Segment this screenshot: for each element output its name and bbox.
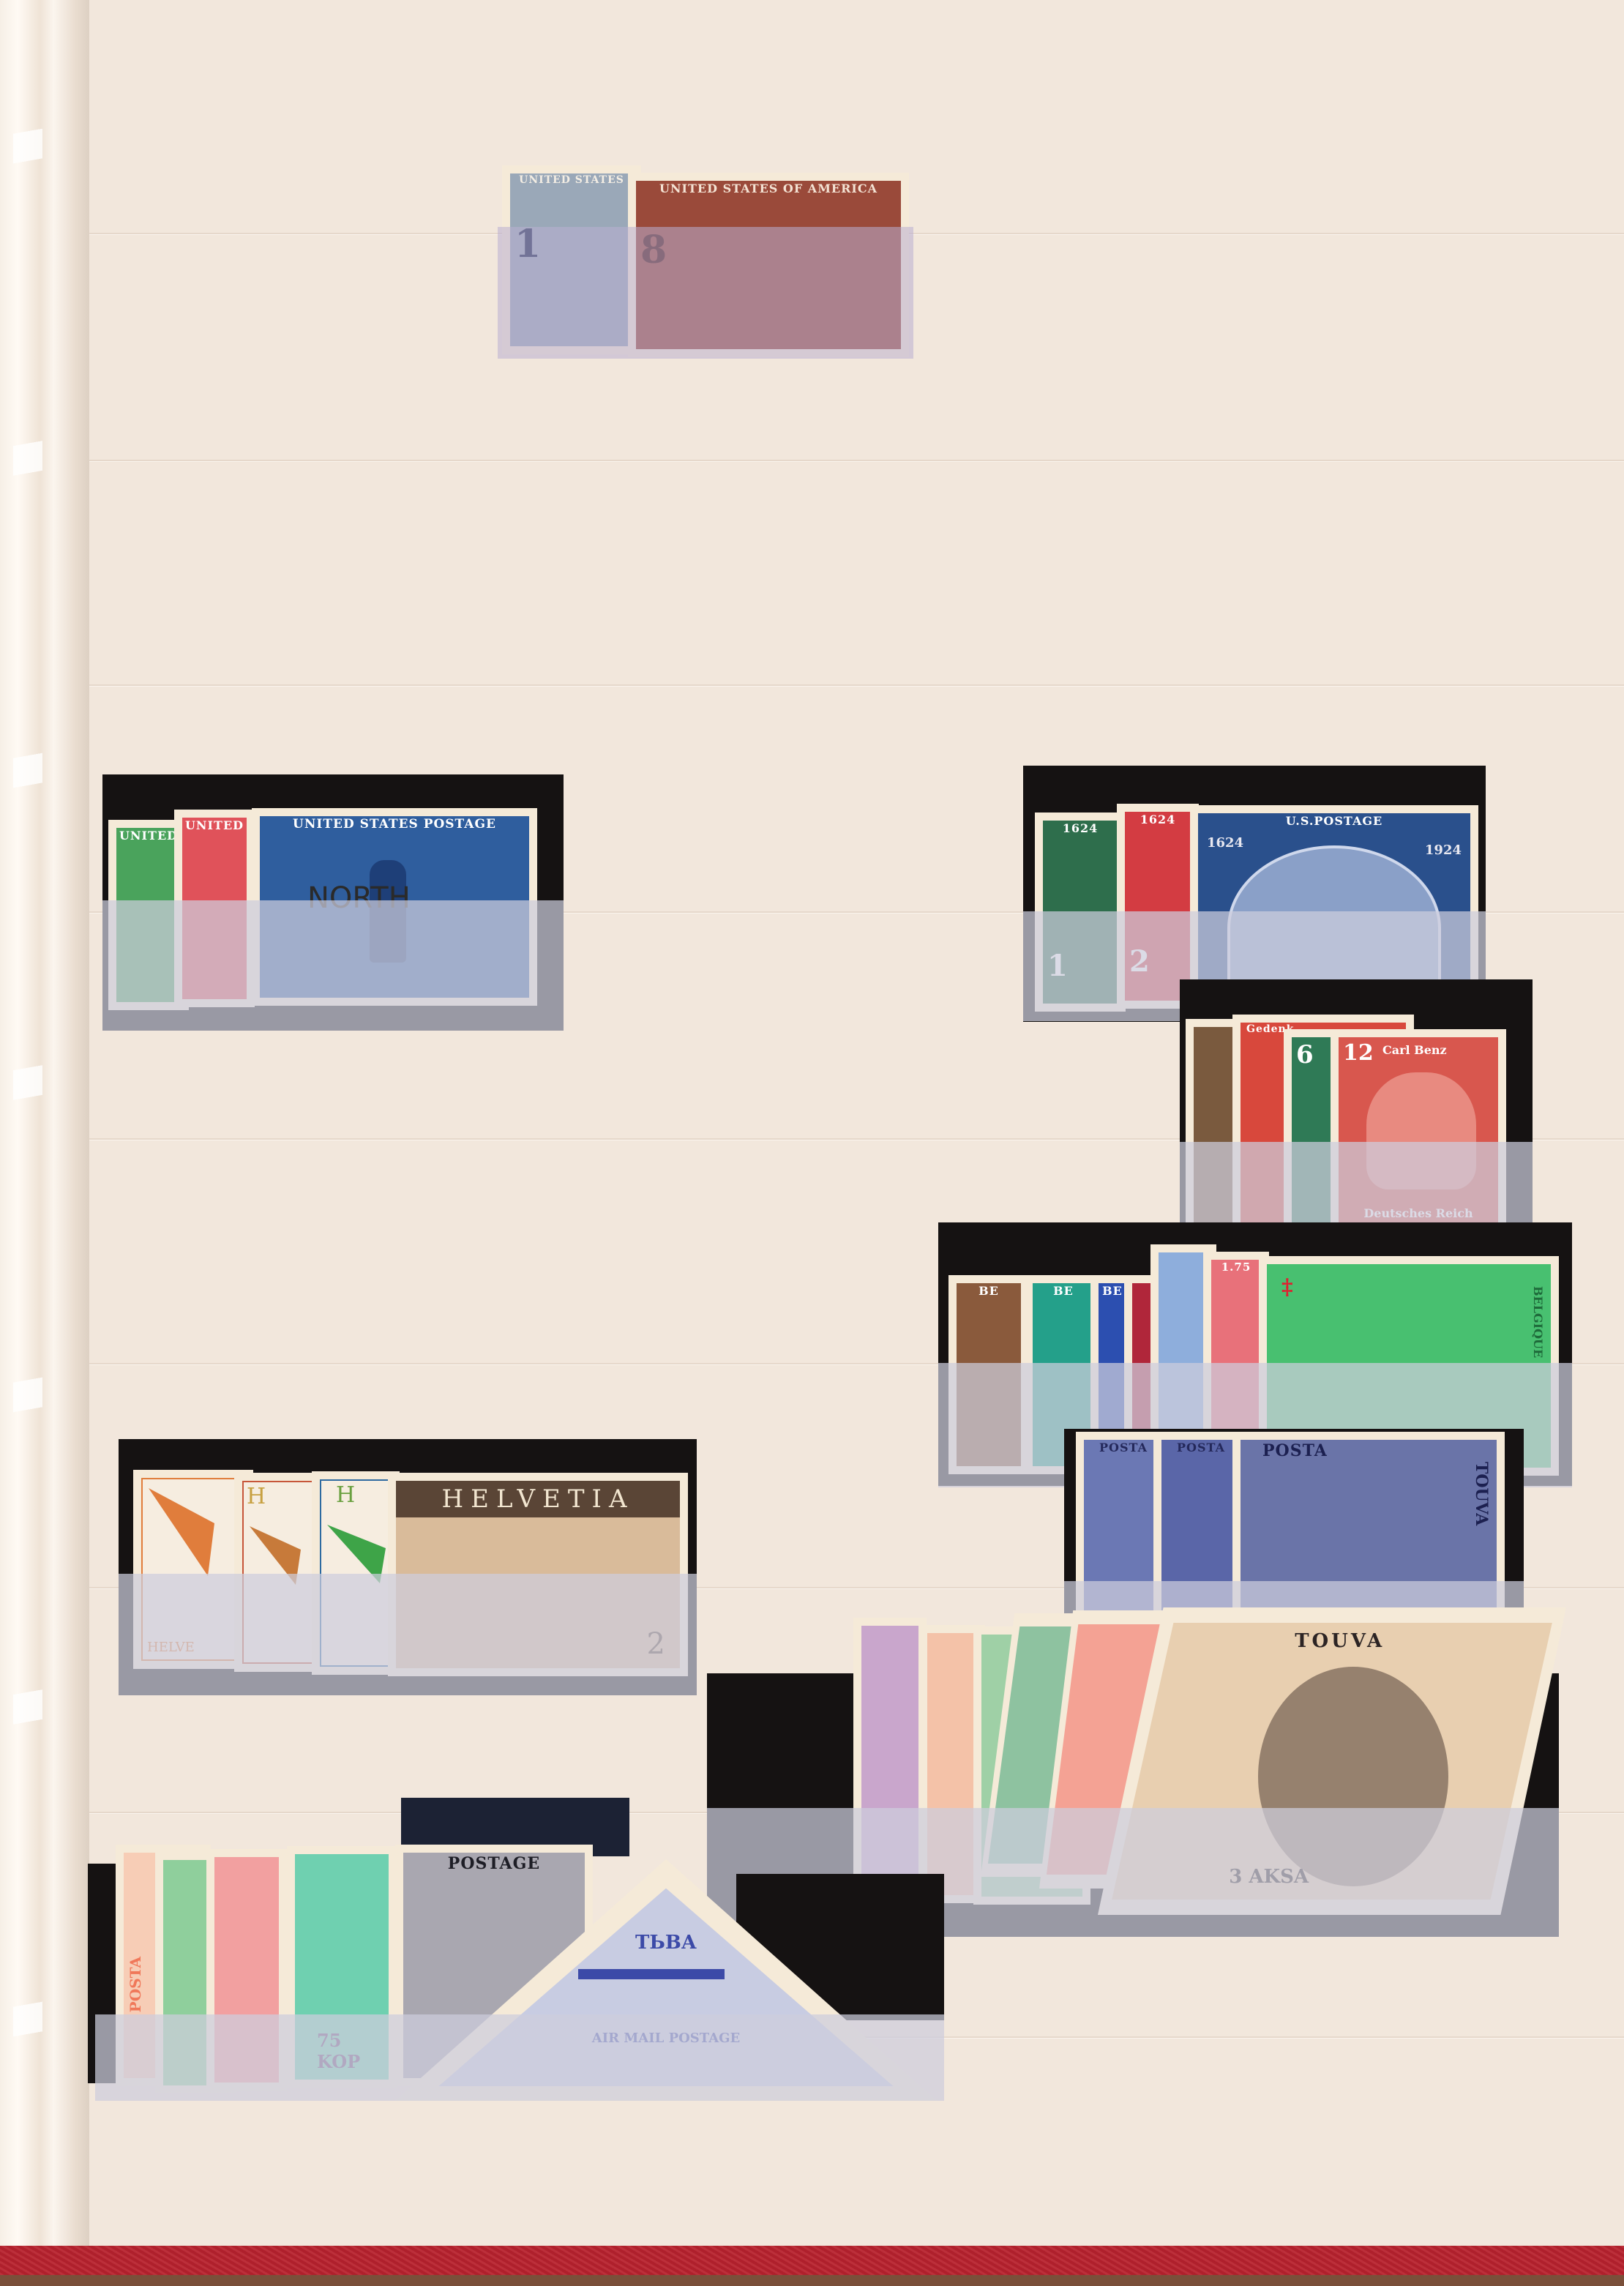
wing (149, 1488, 214, 1576)
table-surface (0, 2275, 1624, 2286)
strip-line (89, 460, 1624, 461)
glassine-strip (95, 2014, 944, 2101)
red-leather-cover (0, 2246, 1624, 2275)
cross-of-lorraine-icon: ‡ (1281, 1274, 1293, 1300)
strip-line (89, 684, 1624, 686)
airplane-icon (578, 1969, 725, 1979)
glassine-strip (119, 1574, 697, 1695)
glassine-strip (102, 900, 564, 1031)
glassine-strip (1180, 1142, 1533, 1228)
glassine-strip (498, 227, 913, 359)
album-binding (0, 0, 89, 2251)
